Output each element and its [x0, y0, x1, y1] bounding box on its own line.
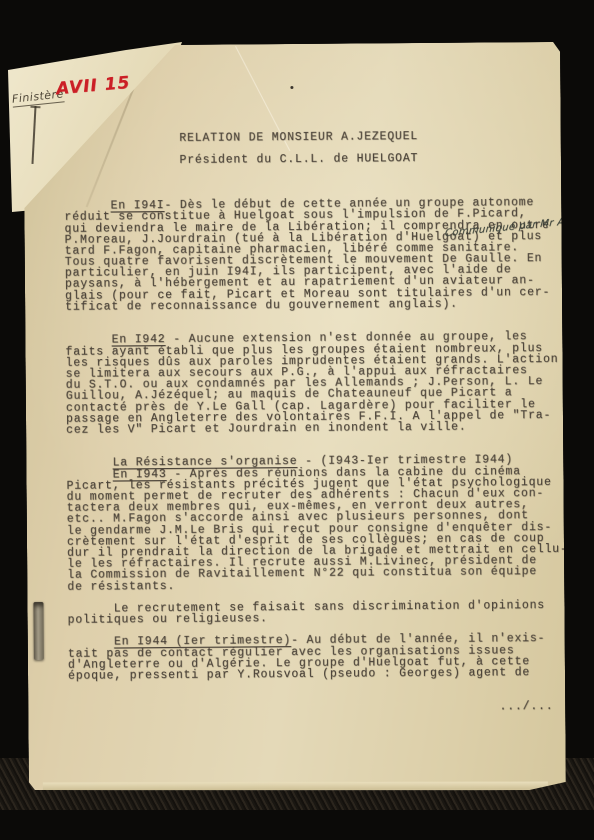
ink-speck [290, 86, 293, 89]
typewritten-text: RELATION DE MONSIEUR A.JEZEQUEL Présiden… [64, 130, 569, 716]
photo-background: RELATION DE MONSIEUR A.JEZEQUEL Présiden… [0, 0, 594, 840]
metal-fastener [33, 602, 43, 660]
document-page: RELATION DE MONSIEUR A.JEZEQUEL Présiden… [23, 42, 566, 794]
